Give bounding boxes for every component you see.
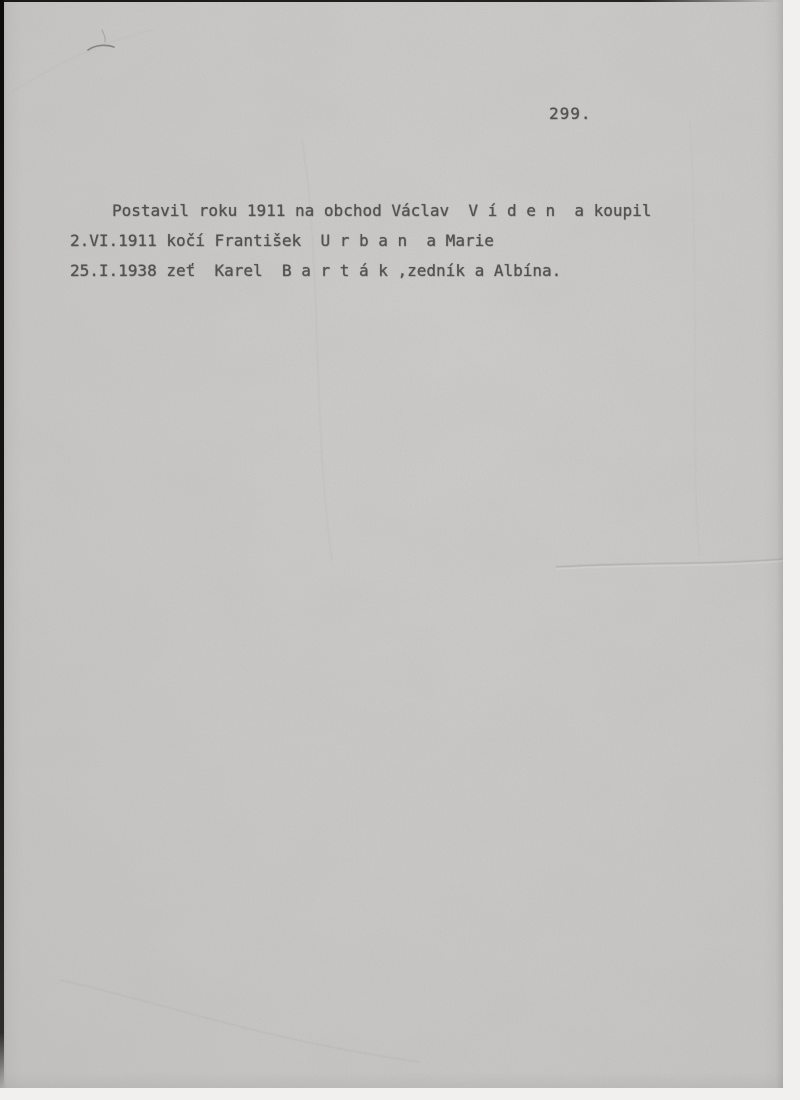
page-number: 299.: [549, 104, 592, 124]
typed-line-3: 25.I.1938 zeť Karel B a r t á k ,zedník …: [70, 261, 561, 281]
typed-line-1: Postavil roku 1911 na obchod Václav V í …: [112, 201, 651, 221]
pen-mark: [80, 22, 136, 66]
scan-edge-left: [0, 0, 4, 1087]
scan-edge-top: [0, 0, 780, 2]
paper-creases: [0, 0, 783, 1088]
paper-texture: [0, 0, 783, 1088]
typed-line-2: 2.VI.1911 kočí František U r b a n a Mar…: [70, 231, 494, 251]
scanned-page: 299. Postavil roku 1911 na obchod Václav…: [0, 0, 783, 1088]
scan-viewport: 299. Postavil roku 1911 na obchod Václav…: [0, 0, 800, 1100]
